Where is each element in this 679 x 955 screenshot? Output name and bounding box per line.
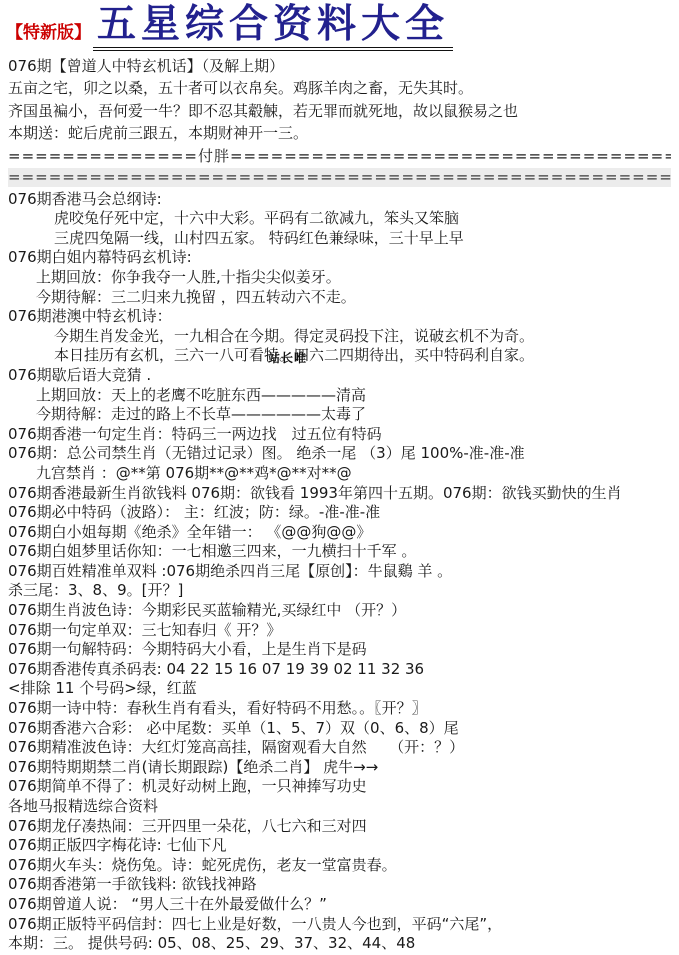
text-line: 076期一句定单双：三七知春归《 开？》 xyxy=(8,621,671,641)
text-line: 杀三尾：3、8、9。[开？] xyxy=(8,581,671,601)
text-line: 076期香港最新生肖欲钱料 076期：欲钱看 1993年第四十五期。076期：欲… xyxy=(8,484,671,504)
text-line: 076期龙仔凑热闹：三开四里一朵花，八七六和三对四 xyxy=(8,817,671,837)
text-line: 今期生肖发金光，一九相合在今期。得定灵码投下注，说破玄机不为奇。 xyxy=(8,327,671,347)
text-line: 076期港澳中特玄机诗： xyxy=(8,307,671,327)
text-line: 上期回放：天上的老鹰不吃脏东西—————清高 xyxy=(8,386,671,406)
text-line: 076期必中特码（波路）： 主：红波；防：绿。-准-准-准 xyxy=(8,503,671,523)
text-line: <排除 11 个号码>绿，红蓝 xyxy=(8,679,671,699)
text-line: 各地马报精选综合资料 xyxy=(8,797,671,817)
divider-line-1: ==============付胖========================… xyxy=(8,147,671,166)
text-line: 齐国虽褊小，吾何爱一牛？即不忍其觳觫，若无罪而就死地，故以鼠猴易之也 xyxy=(8,100,671,123)
text-line: 076期正版特平码信封：四七上业是好数，一八贵人今也到，平码“六尾”， xyxy=(8,915,671,935)
section-divider: ==============付胖========================… xyxy=(0,145,679,187)
text-line: 本日挂历有玄机，三六一八可看特。四六二四期待出，买中特码利自家。 xyxy=(8,346,671,366)
text-line: 076期火车头：烧伤兔。诗：蛇死虎伤，老友一堂富贵春。 xyxy=(8,856,671,876)
lottery-info-sheet: 【特新版】 五星综合资料大全 076期【曾道人中特玄机话】（及解上期） 五亩之宅… xyxy=(0,0,679,955)
text-line: 本期：三。 提供号码: 05、08、25、29、37、32、44、48 xyxy=(8,934,671,954)
text-line: 076期一句解特码：今期特码大小看，上是生肖下是码 xyxy=(8,640,671,660)
divider-line-2: ========================================… xyxy=(8,168,671,187)
text-line: 三虎四兔隔一线，山村四五家。 特码红色兼绿味，三十早上早 xyxy=(8,229,671,249)
text-line: 九宫禁肖 ：@**第 076期**@**鸡*@**对**@ xyxy=(8,464,671,484)
body-lines: 076期香港马会总纲诗:虎咬兔仔死中定，十六中大彩。平码有二欲减九，笨头又笨脑三… xyxy=(0,187,679,954)
intro-lines: 五亩之宅，卯之以桑，五十者可以衣帛矣。鸡豚羊肉之畜，无失其时。齐国虽褊小，吾何爱… xyxy=(8,77,671,145)
text-line: 虎咬兔仔死中定，十六中大彩。平码有二欲减九，笨头又笨脑 xyxy=(8,209,671,229)
text-line: 076期香港马会总纲诗: xyxy=(8,190,671,210)
text-line: 076期一诗中特：春秋生肖有看头，看好特码不用愁。。〖开？〗 xyxy=(8,699,671,719)
intro-heading: 076期【曾道人中特玄机话】（及解上期） xyxy=(8,55,671,77)
text-line: 076期白姐内幕特码玄机诗: xyxy=(8,248,671,268)
text-line: 五亩之宅，卯之以桑，五十者可以衣帛矣。鸡豚羊肉之畜，无失其时。 xyxy=(8,77,671,100)
text-line: 076期香港第一手欲钱料: 欲钱找神路 xyxy=(8,875,671,895)
page-title: 五星综合资料大全 xyxy=(93,4,453,51)
text-line: 076期白小姐每期《绝杀》全年错一： 《@@狗@@》 xyxy=(8,523,671,543)
text-line: 076期百姓精准单双料 :076期绝杀四肖三尾【原创】：牛鼠鷄 羊 。 xyxy=(8,562,671,582)
text-line: 076期特期期禁二肖(请长期跟踪)【绝杀二肖】 虎牛→→ xyxy=(8,758,671,778)
text-line: 上期回放：你争我夺一人胜,十指尖尖似姜牙。 xyxy=(8,268,671,288)
text-line: 076期香港一句定生肖：特码三一两边找 过五位有特码 xyxy=(8,425,671,445)
text-line: 076期香港传真杀码表: 04 22 15 16 07 19 39 02 11 … xyxy=(8,660,671,680)
text-line: 076期：总公司禁生肖（无错过记录）图。 绝杀一尾 （3）尾 100%-准-准-… xyxy=(8,444,671,464)
text-line: 076期简单不得了：机灵好动树上跑，一只神捧写功史 xyxy=(8,777,671,797)
text-line: 076期歇后语大竞猜 . xyxy=(8,366,671,386)
text-line: 076期生肖波色诗：今期彩民买蓝输精光,买绿红中 （开？） xyxy=(8,601,671,621)
text-line: 076期白姐梦里话你知：一七相邀三四来，一九横扫十千军 。 xyxy=(8,542,671,562)
text-line: 今期待解：三二归来九挽留 ，四五转动六不走。 xyxy=(8,288,671,308)
text-line: 076期精准波色诗：大红灯笼高高挂，隔窗观看大自然 （开：？） xyxy=(8,738,671,758)
edition-label: 【特新版】 xyxy=(6,18,91,43)
intro-section: 076期【曾道人中特玄机话】（及解上期） 五亩之宅，卯之以桑，五十者可以衣帛矣。… xyxy=(0,51,679,145)
text-line: 今期待解：走过的路上不长草——————太毒了 xyxy=(8,405,671,425)
page-header: 【特新版】 五星综合资料大全 xyxy=(0,0,679,51)
text-line: 本期送：蛇后虎前三跟五，本期财神开一三。 xyxy=(8,122,671,145)
text-line: 076期正版四字梅花诗: 七仙下凡 xyxy=(8,836,671,856)
watermark-overlay: 站长唯 xyxy=(268,349,307,366)
text-line: 076期香港六合彩： 必中尾数：买单（1、5、7）双（0、6、8）尾 xyxy=(8,719,671,739)
text-line: 076期曾道人说： “男人三十在外最爱做什么？” xyxy=(8,895,671,915)
